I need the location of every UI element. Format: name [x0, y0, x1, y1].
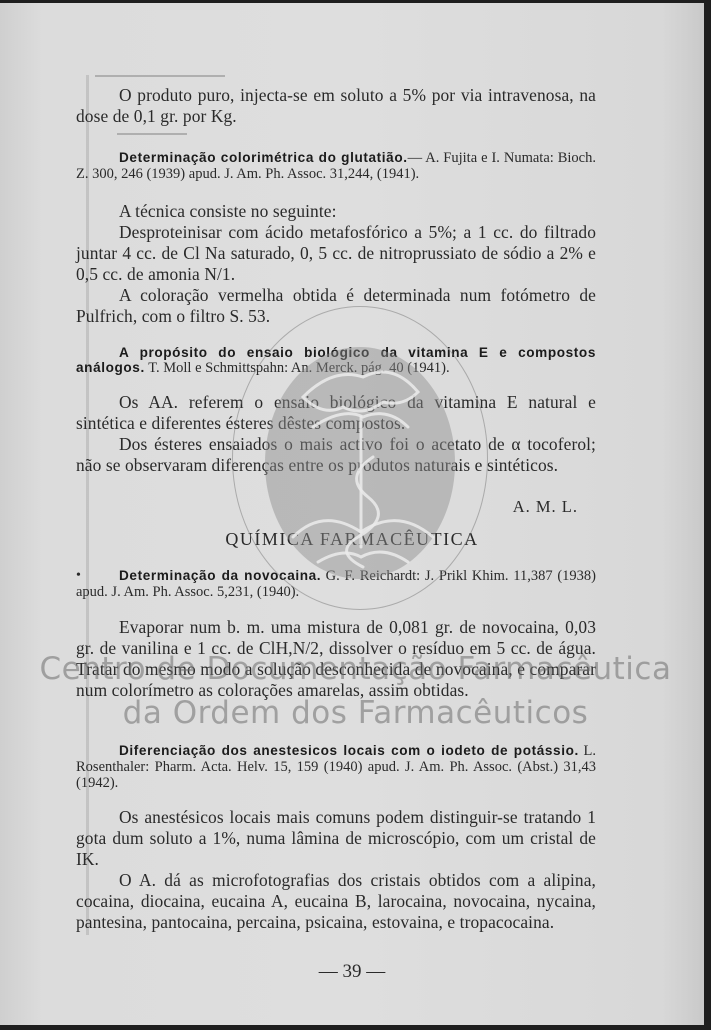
entry-vitamina-e-body: Os AA. referem o ensaio biológico da vit…: [76, 392, 596, 476]
intro-block: O produto puro, injecta-se em soluto a 5…: [76, 85, 596, 127]
entry-heading: Diferenciação dos anestesicos locais com…: [76, 743, 596, 791]
paragraph: Os anestésicos locais mais comuns podem …: [76, 807, 596, 870]
entry-glutatiao: Determinação colorimétrica do glutatião.…: [76, 150, 596, 182]
paragraph: Os AA. referem o ensaio biológico da vit…: [76, 392, 596, 434]
paragraph: Desproteinisar com ácido metafosfórico a…: [76, 222, 596, 285]
entry-title: Determinação da novocaina.: [119, 568, 321, 583]
author-signature: A. M. L.: [513, 497, 578, 517]
entry-heading: Determinação colorimétrica do glutatião.…: [76, 150, 596, 182]
entry-anestesicos: Diferenciação dos anestesicos locais com…: [76, 743, 596, 791]
page-number: — 39 —: [0, 961, 704, 983]
section-heading: QUÍMICA FARMACÊUTICA: [0, 529, 704, 550]
document-page: O produto puro, injecta-se em soluto a 5…: [0, 3, 704, 1025]
entry-vitamina-e: A propósito do ensaio biológico da vitam…: [76, 345, 596, 376]
entry-title: Determinação colorimétrica do glutatião.: [119, 150, 408, 165]
paragraph: A coloração vermelha obtida é determinad…: [76, 285, 596, 327]
entry-novocaina-body: Evaporar num b. m. uma mistura de 0,081 …: [76, 617, 596, 701]
entry-heading: Determinação da novocaina. G. F. Reichar…: [76, 568, 596, 600]
paragraph: Evaporar num b. m. uma mistura de 0,081 …: [76, 617, 596, 701]
entry-heading: A propósito do ensaio biológico da vitam…: [76, 345, 596, 376]
bleed-rule: [117, 133, 187, 135]
entry-glutatiao-body: A técnica consiste no seguinte: Desprote…: [76, 201, 596, 327]
entry-reference: T. Moll e Schmittspahn: An. Merck. pág. …: [148, 360, 449, 376]
entry-title: Diferenciação dos anestesicos locais com…: [119, 743, 579, 758]
entry-anestesicos-body: Os anestésicos locais mais comuns podem …: [76, 807, 596, 933]
paragraph: O A. dá as microfotografias dos cristais…: [76, 870, 596, 933]
intro-paragraph: O produto puro, injecta-se em soluto a 5…: [76, 85, 596, 127]
paragraph: A técnica consiste no seguinte:: [76, 201, 596, 222]
entry-novocaina: Determinação da novocaina. G. F. Reichar…: [76, 568, 596, 600]
paragraph: Dos ésteres ensaiados o mais activo foi …: [76, 434, 596, 476]
bleed-rule: [95, 75, 225, 77]
